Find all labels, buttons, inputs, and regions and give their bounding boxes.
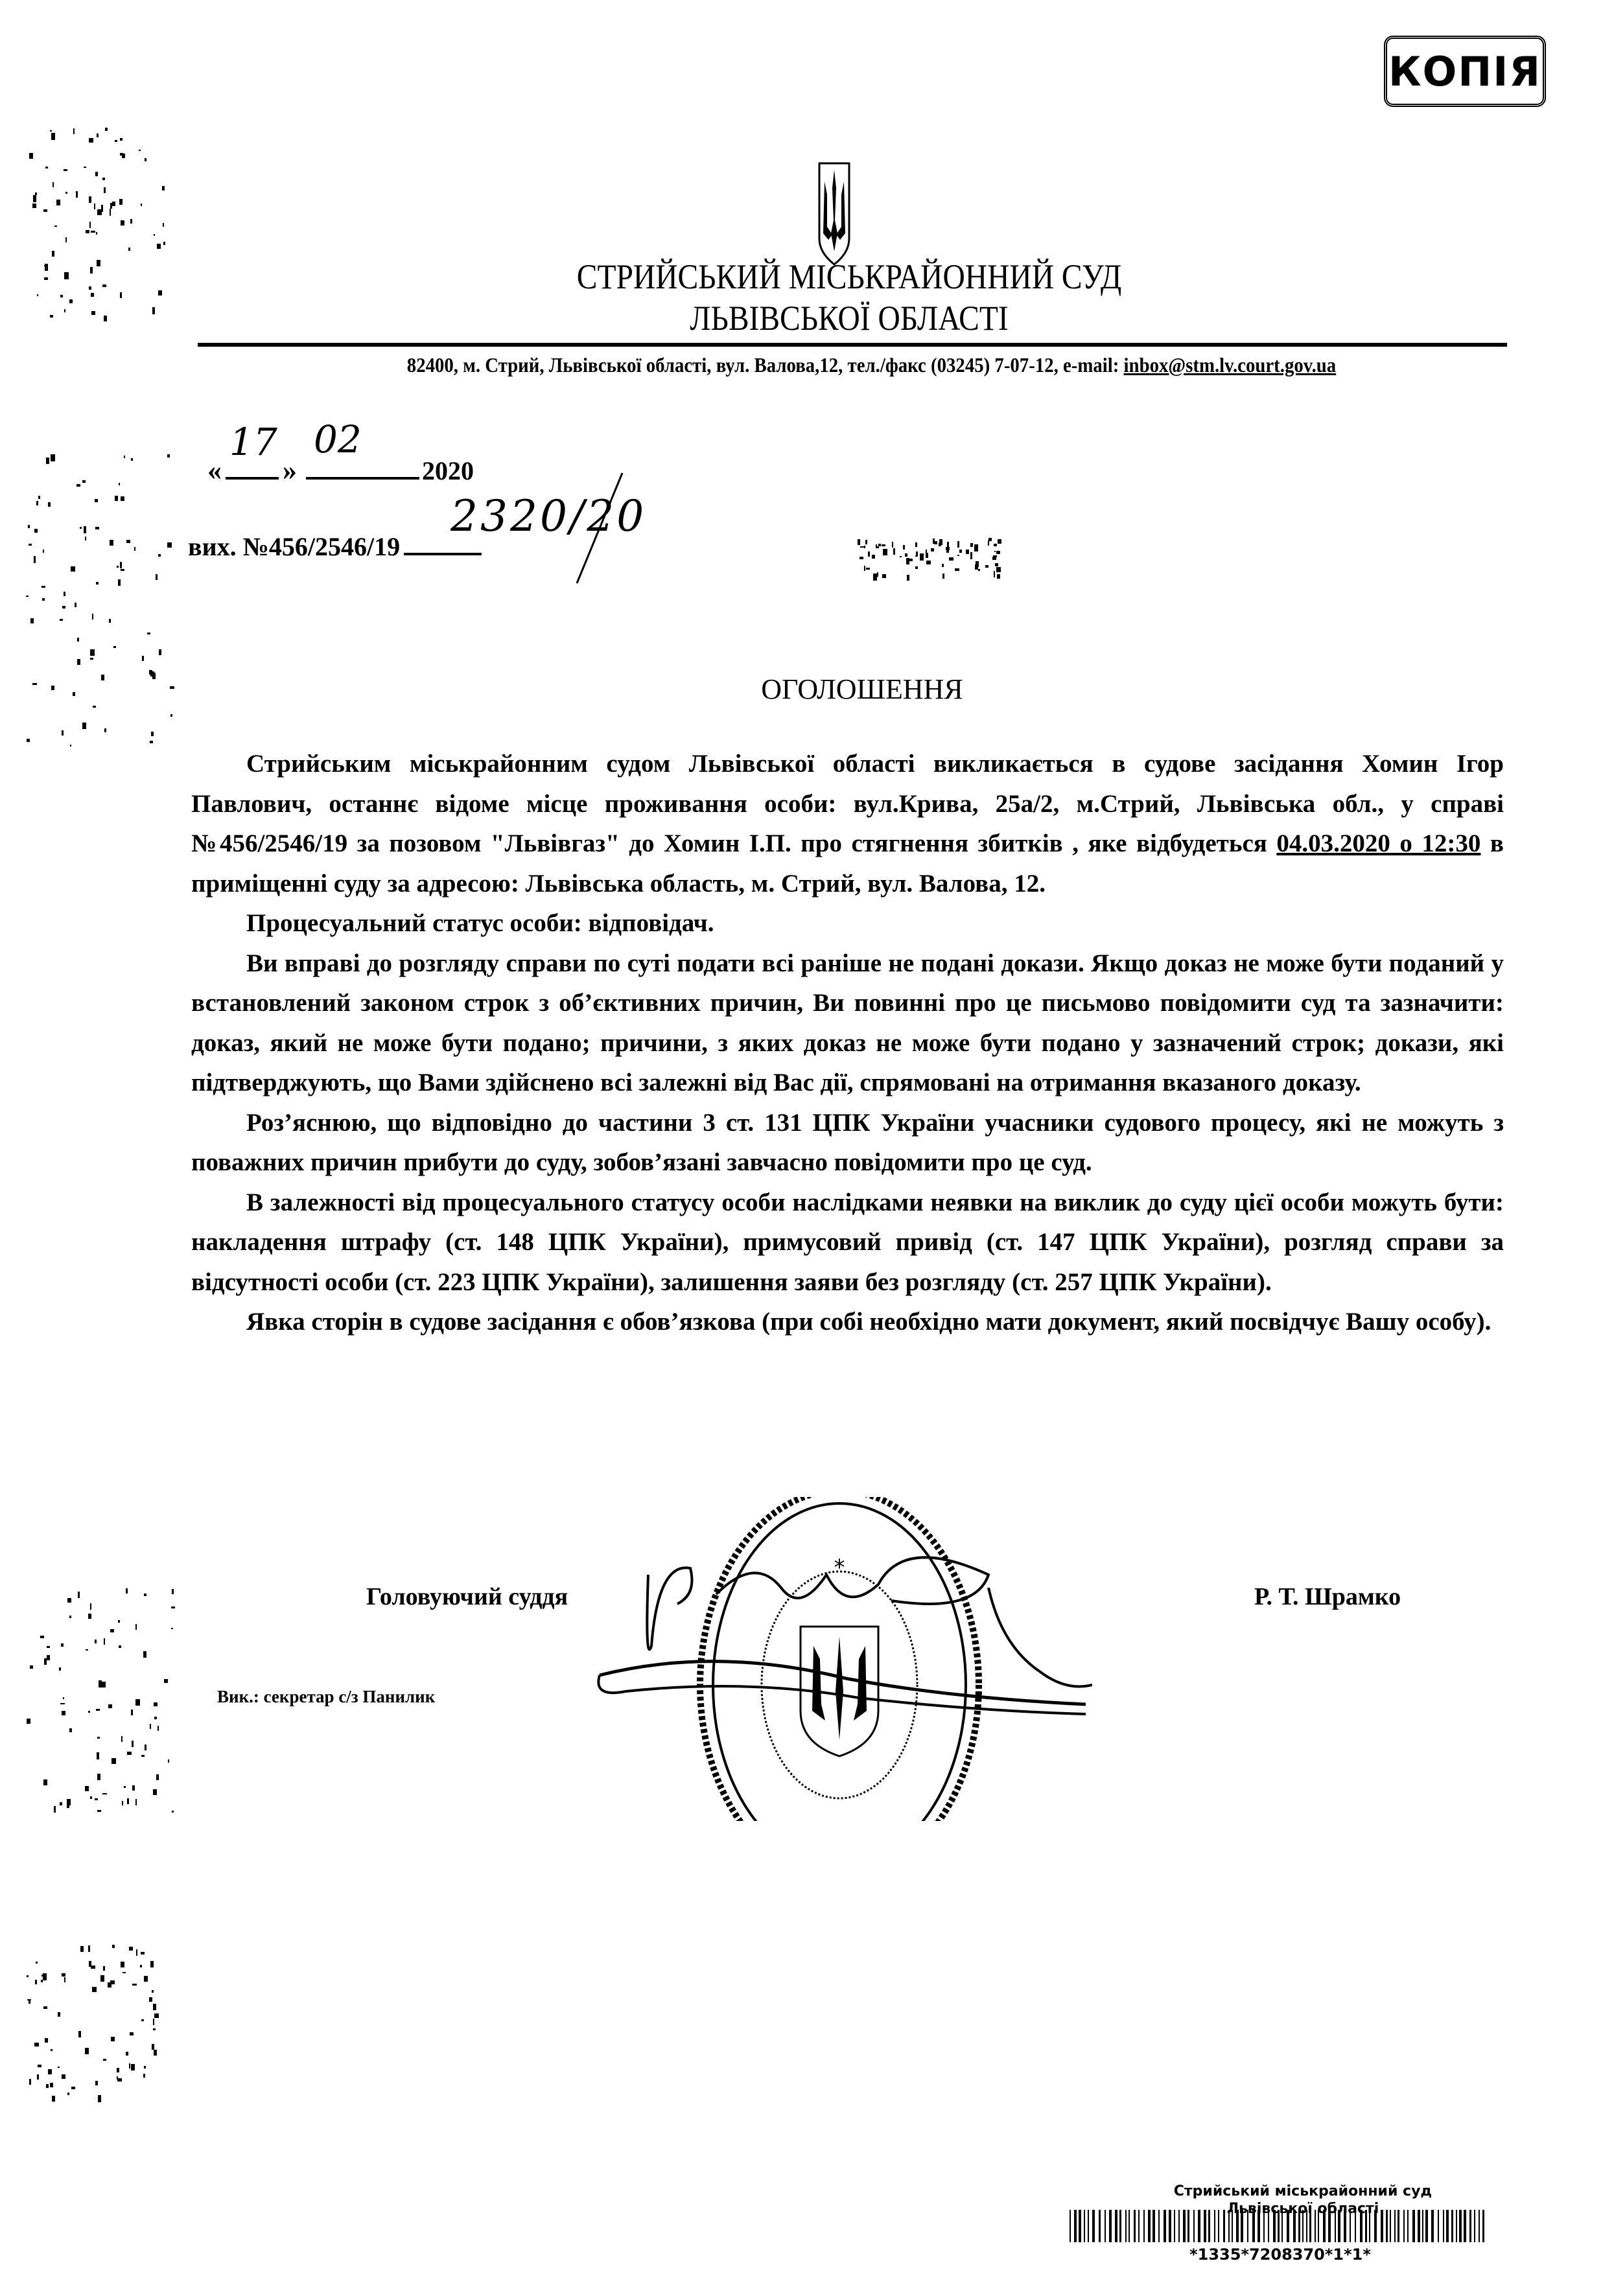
contacts-address: 82400, м. Стрий, Львівської області, вул… [407, 353, 1124, 377]
barcode-caption-line1: Стрийський міськрайонний суд [1160, 2183, 1445, 2200]
paragraph-evidence: Ви вправі до розгляду справи по суті под… [191, 944, 1504, 1103]
announcement-body: Стрийським міськрайонним судом Львівсько… [191, 744, 1504, 1342]
email-link[interactable]: inbox@stm.lv.court.gov.ua [1124, 353, 1337, 377]
document-title: ОГОЛОШЕННЯ [0, 673, 1614, 706]
court-name-line1: СТРИЙСЬКИЙ МІСЬКРАЙОННИЙ СУД [102, 256, 1522, 297]
header-divider [198, 343, 1507, 347]
month-blank: 02 [306, 470, 419, 480]
barcode-number: *1335*7208370*1*1* [1070, 2245, 1491, 2264]
outgoing-date: «17»022020 [207, 454, 474, 487]
paragraph-notice: Роз’яснюю, що відповідно до частини 3 ст… [191, 1103, 1504, 1183]
executor-line: Вик.: секретар с/з Панилик [217, 1687, 435, 1707]
outgoing-reference: вих. №456/2546/19 2320/20 [188, 531, 482, 562]
paragraph-status: Процесуальний статус особи: відповідач. [191, 903, 1504, 944]
court-name-line2: ЛЬВІВСЬКОЇ ОБЛАСТІ [102, 297, 1522, 339]
year: 2020 [422, 456, 474, 485]
close-quote: » [283, 454, 297, 486]
month-handwritten: 02 [314, 417, 362, 461]
copy-stamp: КОПІЯ [1384, 36, 1546, 107]
barcode-icon [1070, 2210, 1491, 2242]
court-contacts: 82400, м. Стрий, Львівської області, вул… [279, 353, 1464, 377]
coat-of-arms-icon [818, 162, 850, 266]
paragraph-consequences: В залежності від процесуального статусу … [191, 1183, 1504, 1303]
court-seal-icon: * [587, 1497, 1092, 1821]
hearing-datetime: 04.03.2020 о 12:30 [1276, 829, 1480, 857]
ref-handwritten: 2320/20 [450, 491, 646, 541]
paragraph-summons: Стрийським міськрайонним судом Львівсько… [191, 744, 1504, 903]
ref-prefix: вих. №456/2546/19 [188, 532, 400, 561]
svg-text:*: * [834, 1555, 845, 1581]
presiding-judge-label: Головуючий суддя [366, 1583, 568, 1611]
court-name: СТРИЙСЬКИЙ МІСЬКРАЙОННИЙ СУД ЛЬВІВСЬКОЇ … [102, 256, 1522, 339]
day-blank: 17 [226, 470, 279, 480]
paragraph-attendance: Явка сторін в судове засідання є обов’яз… [191, 1302, 1504, 1342]
open-quote: « [207, 454, 222, 486]
day-handwritten: 17 [229, 420, 277, 464]
judge-name: Р. Т. Шрамко [1254, 1583, 1401, 1611]
